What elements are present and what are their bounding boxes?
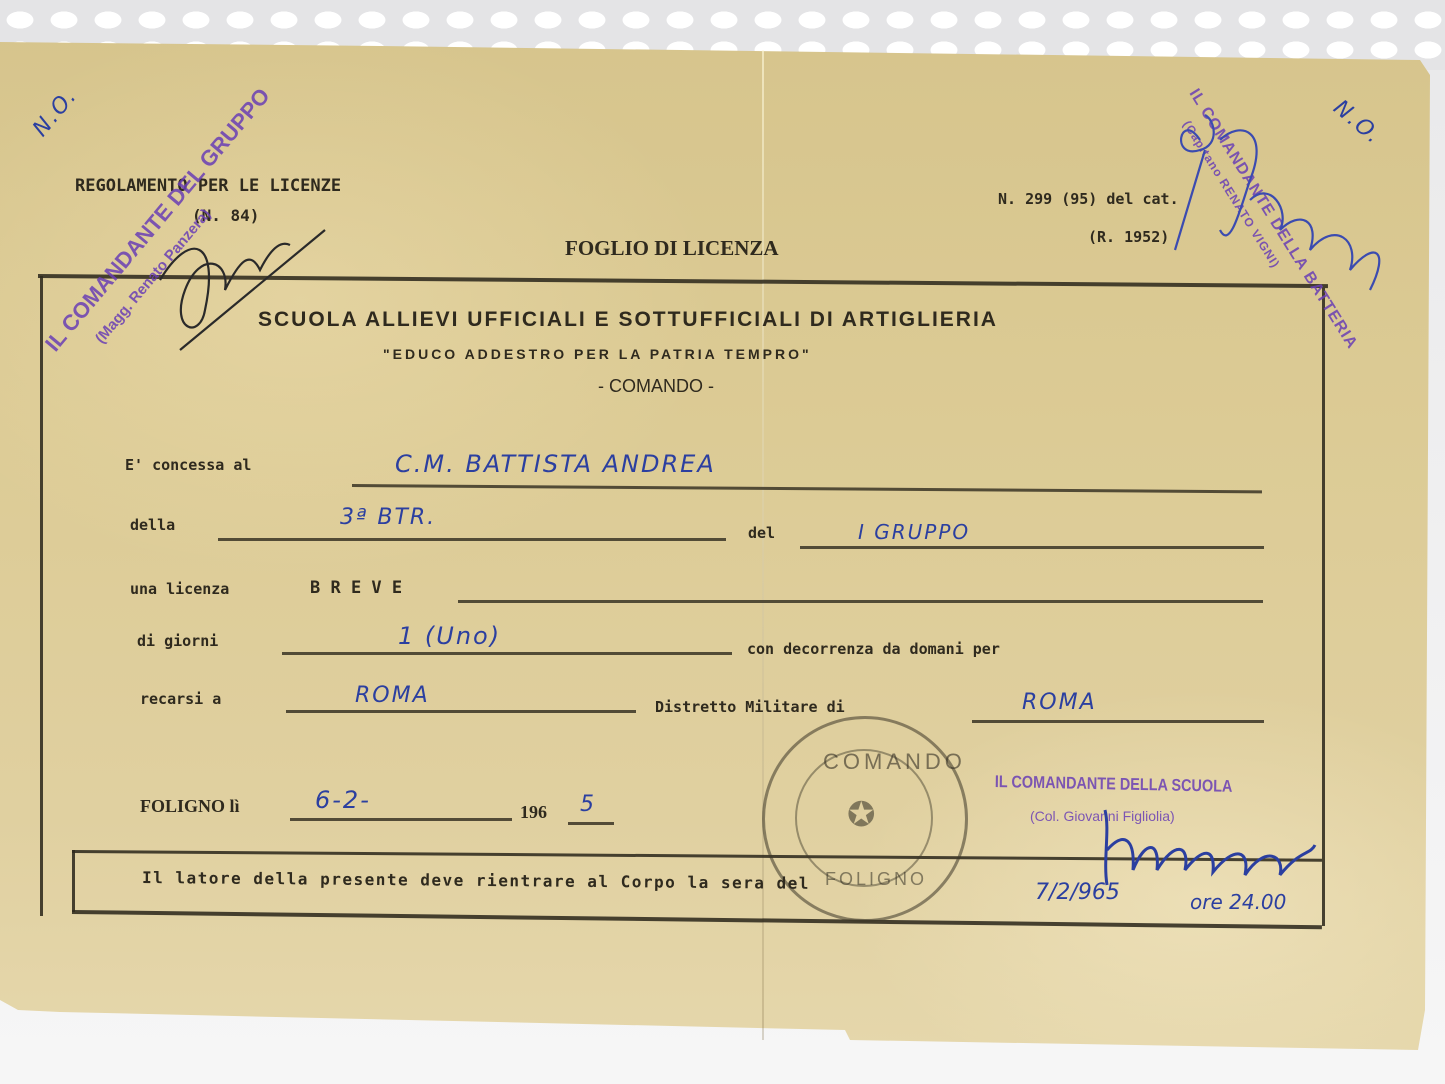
header-reference: N. 299 (95) del cat.	[998, 190, 1179, 208]
granted-to-value: C.M. BATTISTA ANDREA	[395, 450, 716, 478]
battery-value: 3ª BTR.	[340, 505, 436, 530]
leave-type-line	[458, 600, 1263, 603]
document-title: FOGLIO DI LICENZA	[565, 236, 779, 261]
days-value: 1 (Uno)	[398, 622, 501, 650]
year-suffix: 5	[580, 792, 596, 817]
place-date-label: FOLIGNO lì	[140, 796, 240, 817]
form-border-left	[40, 276, 43, 916]
destination-value: ROMA	[355, 683, 430, 708]
district-label: Distretto Militare di	[655, 698, 845, 716]
school-commander-signature	[1085, 800, 1325, 890]
seal-city: FOLIGNO	[825, 869, 927, 890]
form-inner-left	[72, 850, 75, 912]
days-line	[282, 652, 732, 655]
year-prefix: 196	[520, 802, 547, 823]
date-value: 6-2-	[315, 786, 371, 814]
start-text: con decorrenza da domani per	[747, 640, 1000, 658]
group-commander-signature	[130, 200, 340, 370]
year-line	[568, 822, 614, 825]
header-reference-year: (R. 1952)	[1088, 228, 1169, 246]
star-emblem-icon: ✪	[847, 795, 876, 835]
days-label: di giorni	[137, 632, 218, 650]
group-value: I GRUPPO	[858, 520, 970, 544]
group-line	[800, 546, 1264, 549]
battery-line	[218, 538, 726, 541]
district-line	[972, 720, 1264, 723]
granted-to-label: E' concessa al	[125, 456, 251, 474]
seal-label: COMANDO	[823, 749, 966, 775]
battery-label: della	[130, 516, 175, 534]
date-line	[290, 818, 512, 821]
group-label: del	[748, 524, 775, 542]
destination-line	[286, 710, 636, 713]
district-value: ROMA	[1022, 690, 1097, 715]
leave-type-label: una licenza	[130, 580, 229, 598]
school-motto: "EDUCO ADDESTRO PER LA PATRIA TEMPRO"	[383, 346, 812, 362]
return-time-value: ore 24.00	[1190, 890, 1286, 914]
school-office: - COMANDO -	[598, 376, 714, 397]
leave-type-value: B R E V E	[310, 578, 402, 598]
school-name: SCUOLA ALLIEVI UFFICIALI E SOTTUFFICIALI…	[258, 308, 998, 332]
destination-label: recarsi a	[140, 690, 221, 708]
return-date-value: 7/2/965	[1035, 880, 1120, 905]
